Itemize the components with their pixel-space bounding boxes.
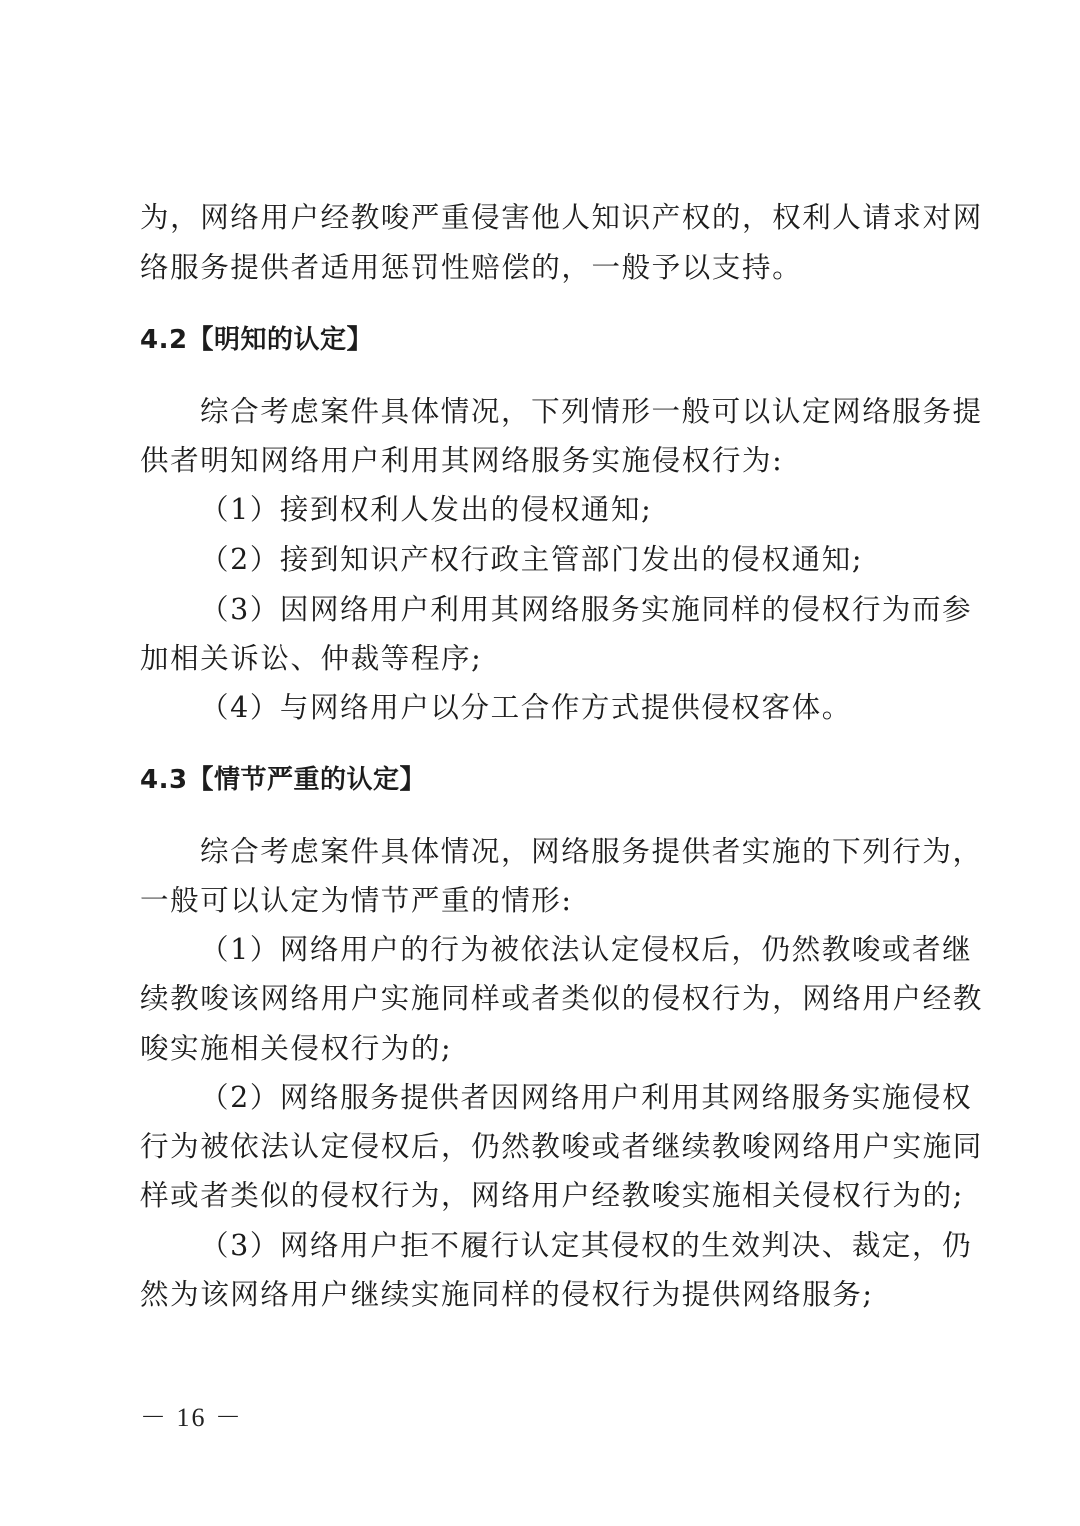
paragraph-line: 络服务提供者适用惩罚性赔偿的，一般予以支持。 — [140, 248, 802, 288]
paragraph-line: 综合考虑案件具体情况，下列情形一般可以认定网络服务提 — [200, 392, 983, 432]
paragraph-line: 供者明知网络用户利用其网络服务实施侵权行为: — [140, 441, 783, 481]
list-item-2-cont: 样或者类似的侵权行为，网络用户经教唆实施相关侵权行为的; — [140, 1176, 964, 1216]
list-item-2: （2）网络服务提供者因网络用户利用其网络服务实施侵权 — [200, 1078, 972, 1118]
list-item-3: （3）网络用户拒不履行认定其侵权的生效判决、裁定，仍 — [200, 1226, 972, 1266]
paragraph-line: 为，网络用户经教唆严重侵害他人知识产权的，权利人请求对网 — [140, 198, 983, 238]
list-item-1-cont: 续教唆该网络用户实施同样或者类似的侵权行为，网络用户经教 — [140, 979, 983, 1019]
list-item-3-cont: 然为该网络用户继续实施同样的侵权行为提供网络服务; — [140, 1275, 874, 1315]
list-item-1: （1）接到权利人发出的侵权通知; — [200, 490, 652, 530]
list-item-2: （2）接到知识产权行政主管部门发出的侵权通知; — [200, 540, 863, 580]
list-item-3-cont: 加相关诉讼、仲裁等程序; — [140, 639, 482, 679]
list-item-3: （3）因网络用户利用其网络服务实施同样的侵权行为而参 — [200, 590, 972, 630]
paragraph-line: 一般可以认定为情节严重的情形: — [140, 881, 573, 921]
list-item-1: （1）网络用户的行为被依法认定侵权后，仍然教唆或者继 — [200, 930, 972, 970]
section-heading-4-3: 4.3【情节严重的认定】 — [140, 760, 426, 800]
list-item-2-cont: 行为被依法认定侵权后，仍然教唆或者继续教唆网络用户实施同 — [140, 1127, 983, 1167]
list-item-4: （4）与网络用户以分工合作方式提供侵权客体。 — [200, 688, 852, 728]
paragraph-line: 综合考虑案件具体情况，网络服务提供者实施的下列行为， — [200, 832, 983, 872]
list-item-1-cont: 唆实施相关侵权行为的; — [140, 1029, 452, 1069]
page-number: － 16 － — [140, 1400, 243, 1436]
section-heading-4-2: 4.2【明知的认定】 — [140, 320, 373, 360]
